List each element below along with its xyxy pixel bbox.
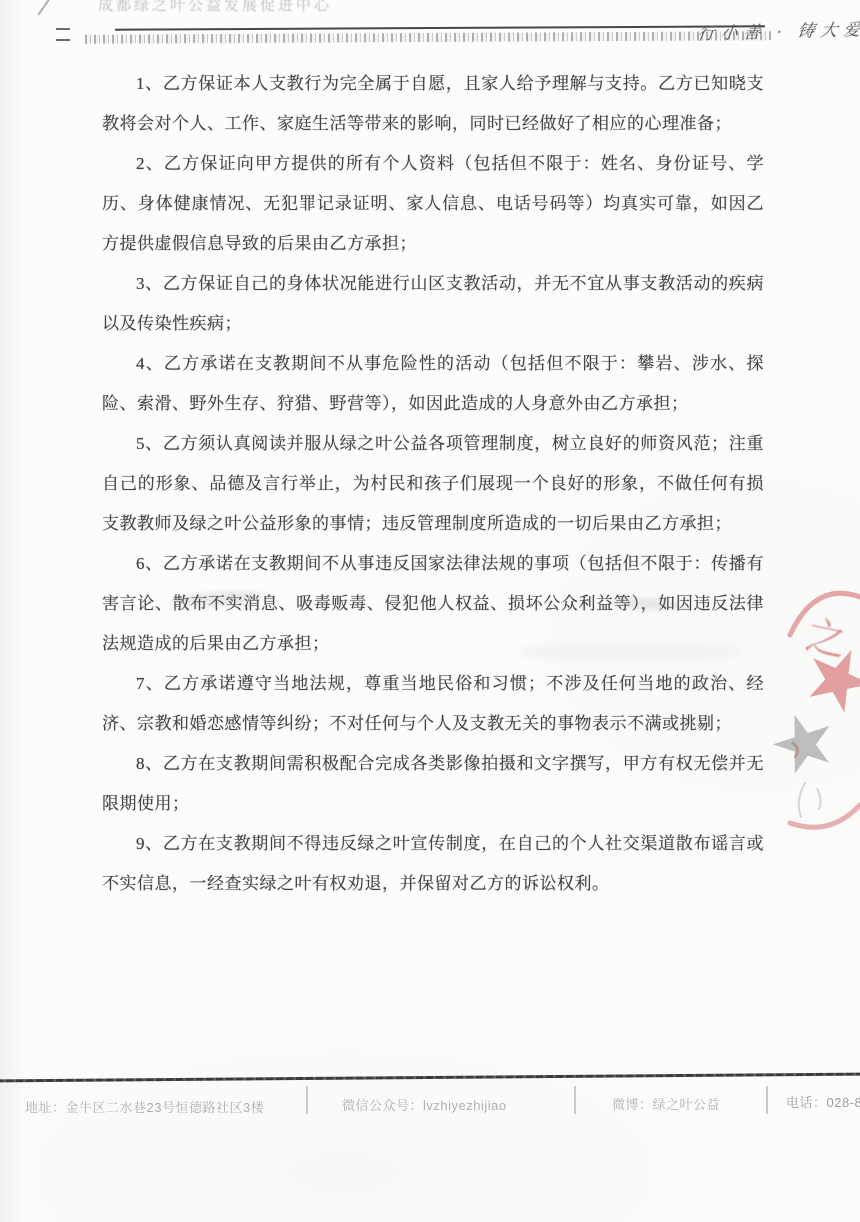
clause-paragraph-5: 5、乙方须认真阅读并服从绿之叶公益各项管理制度，树立良好的师资风范；注重自己的形… xyxy=(102,424,764,544)
footer-address: 地址：金牛区二水巷23号恒德路社区3楼 xyxy=(25,1097,264,1116)
footer-separator xyxy=(306,1086,308,1114)
clause-paragraph-1: 1、乙方保证本人支教行为完全属于自愿，且家人给予理解与支持。乙方已知晓支教将会对… xyxy=(102,64,764,144)
seal-gray-star-icon xyxy=(765,705,843,783)
footer-separator xyxy=(574,1086,576,1114)
clause-paragraph-8: 8、乙方在支教期间需积极配合完成各类影像拍摄和文字撰写，甲方有权无偿并无限期使用… xyxy=(102,744,764,824)
seal-character: 之 xyxy=(802,603,853,667)
header-divider-line xyxy=(115,25,765,30)
clause-paragraph-9: 9、乙方在支教期间不得违反绿之叶宣传制度，在自己的个人社交渠道散布谣言或不实信息… xyxy=(102,824,764,904)
page-corner-crease xyxy=(37,0,80,15)
footer-weibo-account: 微博：绿之叶公益 xyxy=(612,1094,720,1113)
faint-pen-marks xyxy=(799,783,821,817)
contract-clauses: 1、乙方保证本人支教行为完全属于自愿，且家人给予理解与支持。乙方已知晓支教将会对… xyxy=(102,64,764,904)
footer-wechat-account: 微信公众号：lvzhiyezhijiao xyxy=(342,1095,507,1114)
seal-stroke-mark xyxy=(793,743,798,757)
header-divider-noise xyxy=(85,31,771,44)
footer-divider-line xyxy=(0,1073,860,1082)
scan-smudge xyxy=(520,642,740,662)
org-title: 成都绿之叶公益发展促进中心 xyxy=(98,0,332,15)
scanned-document-page: 成都绿之叶公益发展促进中心 行小善 · 铸大爱 1、乙方保证本人支教行为完全属于… xyxy=(0,0,860,1222)
clause-paragraph-4: 4、乙方承诺在支教期间不从事危险性的活动（包括但不限于：攀岩、涉水、探险、索滑、… xyxy=(102,344,764,424)
seal-top-arc xyxy=(790,593,860,635)
clause-paragraph-2: 2、乙方保证向甲方提供的所有个人资料（包括但不限于：姓名、身份证号、学历、身体健… xyxy=(102,144,764,264)
seal-bottom-arc xyxy=(790,805,860,827)
scan-artifact xyxy=(56,28,70,41)
footer-phone: 电话：028-8500761 xyxy=(786,1092,860,1111)
seal-red-star-icon xyxy=(794,636,860,723)
footer-separator xyxy=(766,1086,768,1114)
header-slogan: 行小善 · 铸大爱 xyxy=(696,15,860,45)
clause-paragraph-7: 7、乙方承诺遵守当地法规，尊重当地民俗和习惯；不涉及任何当地的政治、经济、宗教和… xyxy=(102,664,764,744)
clause-paragraph-3: 3、乙方保证自己的身体状况能进行山区支教活动，并无不宜从事支教活动的疾病以及传染… xyxy=(102,264,764,344)
